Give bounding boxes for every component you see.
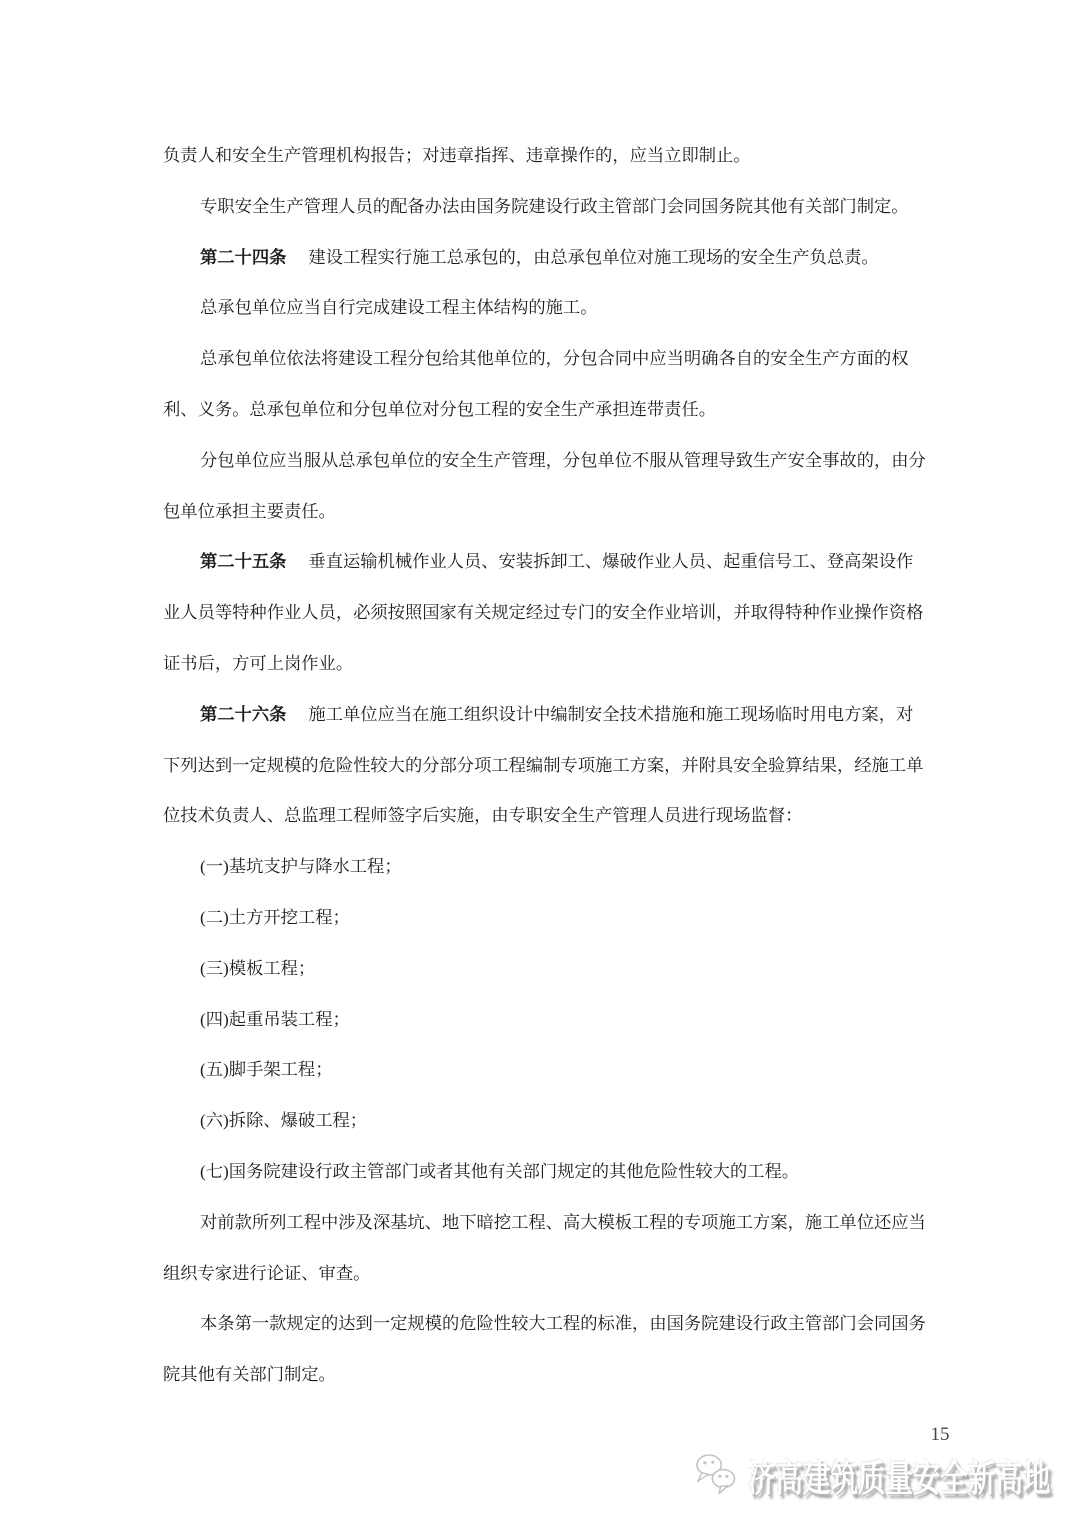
line-text: 负责人和安全生产管理机构报告；对违章指挥、违章操作的，应当立即制止。 [163,146,751,165]
line-text: 包单位承担主要责任。 [163,502,336,521]
text-line: 利、义务。总承包单位和分包单位对分包工程的安全生产承担连带责任。 [163,385,938,436]
line-text: 建设工程实行施工总承包的，由总承包单位对施工现场的安全生产负总责。 [308,248,878,267]
line-text: 垂直运输机械作业人员、安装拆卸工、爆破作业人员、起重信号工、登高架设作 [308,552,913,571]
page-number: 15 [925,1424,955,1446]
line-text: 本条第一款规定的达到一定规模的危险性较大工程的标准，由国务院建设行政主管部门会同… [200,1314,926,1333]
article-number: 第二十五条 [200,552,286,571]
text-line: 总承包单位应当自行完成建设工程主体结构的施工。 [163,283,938,334]
text-line: 包单位承担主要责任。 [163,487,938,538]
line-text: 下列达到一定规模的危险性较大的分部分项工程编制专项施工方案，并附具安全验算结果，… [163,756,923,775]
line-text: 组织专家进行论证、审查。 [163,1264,370,1283]
line-text: 位技术负责人、总监理工程师签字后实施，由专职安全生产管理人员进行现场监督： [163,806,802,825]
article-number: 第二十六条 [200,705,286,724]
line-text: (二)土方开挖工程； [200,908,350,927]
text-line: 负责人和安全生产管理机构报告；对违章指挥、违章操作的，应当立即制止。 [163,131,938,182]
article-number: 第二十四条 [200,248,286,267]
line-text: (三)模板工程； [200,959,315,978]
text-line: (七)国务院建设行政主管部门或者其他有关部门规定的其他危险性较大的工程。 [163,1147,938,1198]
text-line: 下列达到一定规模的危险性较大的分部分项工程编制专项施工方案，并附具安全验算结果，… [163,741,938,792]
line-text: 总承包单位依法将建设工程分包给其他单位的，分包合同中应当明确各自的安全生产方面的… [200,349,909,368]
text-line: 第二十六条施工单位应当在施工组织设计中编制安全技术措施和施工现场临时用电方案，对 [163,690,938,741]
line-text: (一)基坑支护与降水工程； [200,857,402,876]
text-line: 第二十五条垂直运输机械作业人员、安装拆卸工、爆破作业人员、起重信号工、登高架设作 [163,537,938,588]
wechat-chat-bubbles-icon [692,1450,742,1500]
document-body-text: 负责人和安全生产管理机构报告；对违章指挥、违章操作的，应当立即制止。专职安全生产… [163,131,938,1401]
text-line: (四)起重吊装工程； [163,995,938,1046]
text-line: 总承包单位依法将建设工程分包给其他单位的，分包合同中应当明确各自的安全生产方面的… [163,334,938,385]
text-line: 分包单位应当服从总承包单位的安全生产管理，分包单位不服从管理导致生产安全事故的，… [163,436,938,487]
text-line: 位技术负责人、总监理工程师签字后实施，由专职安全生产管理人员进行现场监督： [163,791,938,842]
text-line: 专职安全生产管理人员的配备办法由国务院建设行政主管部门会同国务院其他有关部门制定… [163,182,938,233]
text-line: 本条第一款规定的达到一定规模的危险性较大工程的标准，由国务院建设行政主管部门会同… [163,1299,938,1350]
line-text: (五)脚手架工程； [200,1060,332,1079]
line-text: (七)国务院建设行政主管部门或者其他有关部门规定的其他危险性较大的工程。 [200,1162,799,1181]
text-line: 第二十四条建设工程实行施工总承包的，由总承包单位对施工现场的安全生产负总责。 [163,233,938,284]
text-line: 证书后，方可上岗作业。 [163,639,938,690]
text-line: 对前款所列工程中涉及深基坑、地下暗挖工程、高大模板工程的专项施工方案，施工单位还… [163,1198,938,1249]
line-text: 总承包单位应当自行完成建设工程主体结构的施工。 [200,298,597,317]
line-text: 院其他有关部门制定。 [163,1365,336,1384]
line-text: 证书后，方可上岗作业。 [163,654,353,673]
text-line: 业人员等特种作业人员，必须按照国家有关规定经过专门的安全作业培训，并取得特种作业… [163,588,938,639]
line-text: (六)拆除、爆破工程； [200,1111,367,1130]
text-line: (二)土方开挖工程； [163,893,938,944]
watermark-logo: 济高建筑质量安全新高地 [692,1450,1051,1500]
line-text: 分包单位应当服从总承包单位的安全生产管理，分包单位不服从管理导致生产安全事故的，… [200,451,926,470]
watermark-text: 济高建筑质量安全新高地 [748,1449,1051,1502]
text-line: (三)模板工程； [163,944,938,995]
text-line: (六)拆除、爆破工程； [163,1096,938,1147]
line-text: (四)起重吊装工程； [200,1010,350,1029]
text-line: 组织专家进行论证、审查。 [163,1249,938,1300]
line-text: 利、义务。总承包单位和分包单位对分包工程的安全生产承担连带责任。 [163,400,716,419]
document-page: 负责人和安全生产管理机构报告；对违章指挥、违章操作的，应当立即制止。专职安全生产… [0,0,1080,1527]
text-line: (一)基坑支护与降水工程； [163,842,938,893]
line-text: 业人员等特种作业人员，必须按照国家有关规定经过专门的安全作业培训，并取得特种作业… [163,603,923,622]
text-line: (五)脚手架工程； [163,1045,938,1096]
text-line: 院其他有关部门制定。 [163,1350,938,1401]
line-text: 施工单位应当在施工组织设计中编制安全技术措施和施工现场临时用电方案，对 [308,705,913,724]
line-text: 对前款所列工程中涉及深基坑、地下暗挖工程、高大模板工程的专项施工方案，施工单位还… [200,1213,926,1232]
line-text: 专职安全生产管理人员的配备办法由国务院建设行政主管部门会同国务院其他有关部门制定… [200,197,909,216]
